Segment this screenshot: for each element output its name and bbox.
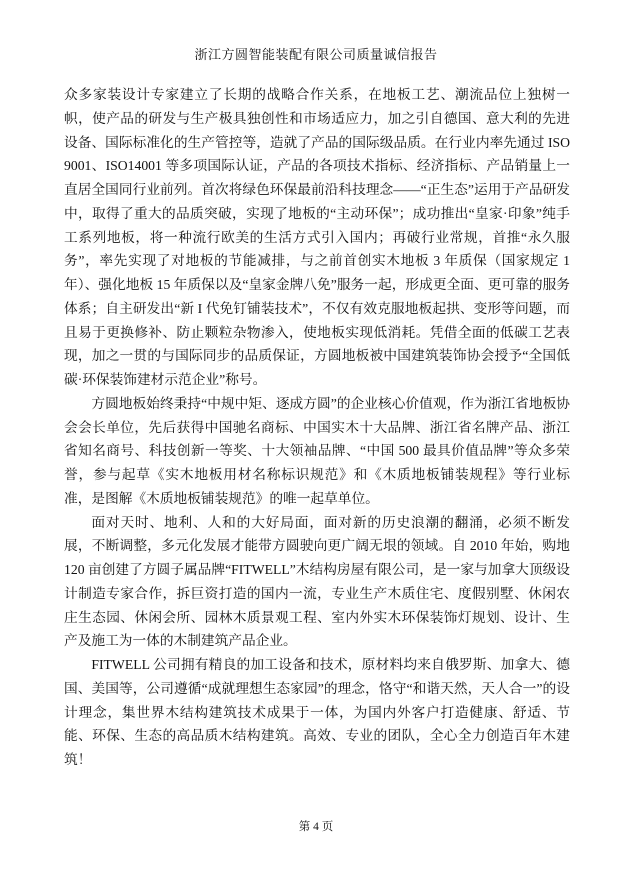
page-header-title: 浙江方圆智能装配有限公司质量诚信报告 [0, 44, 632, 63]
document-page: 浙江方圆智能装配有限公司质量诚信报告 众多家装设计专家建立了长期的战略合作关系，… [0, 0, 632, 893]
document-body: 众多家装设计专家建立了长期的战略合作关系，在地板工艺、潮流品位上独树一帜，使产品… [64, 83, 570, 772]
body-paragraph: 方圆地板始终秉持“中规中矩、逐成方圆”的企业核心价值观，作为浙江省地板协会会长单… [64, 392, 570, 511]
body-paragraph: 面对天时、地利、人和的大好局面，面对新的历史浪潮的翻涌，必须不断发展，不断调整，… [64, 511, 570, 654]
page-footer-page-number: 第 4 页 [0, 818, 632, 834]
body-paragraph: FITWELL 公司拥有精良的加工设备和技术，原材料均来自俄罗斯、加拿大、德国、… [64, 653, 570, 772]
body-paragraph: 众多家装设计专家建立了长期的战略合作关系，在地板工艺、潮流品位上独树一帜，使产品… [64, 83, 570, 392]
